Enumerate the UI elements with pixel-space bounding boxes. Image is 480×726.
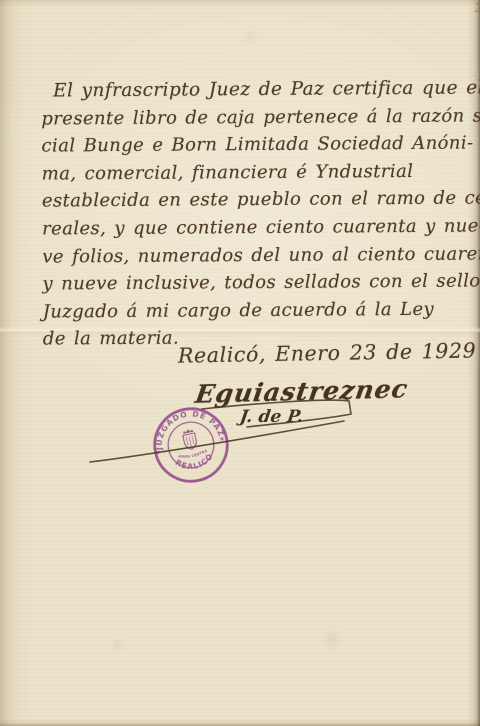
handwritten-line: y nueve inclusive, todos sellados con el… xyxy=(42,268,478,299)
juzgado-stamp-icon: JUZGADO DE PAZ REALICÓ * * PAMPA CENTRAL xyxy=(142,397,241,493)
certification-text-block: El ynfrascripto Juez de Paz certifica qu… xyxy=(41,74,479,353)
signature-title: J. de P. xyxy=(239,407,305,427)
handwritten-line: ma, comercial, financiera é Yndustrial xyxy=(42,157,478,188)
judge-signature: Eguiastreznec xyxy=(193,374,410,409)
handwritten-line: presente libro de caja pertenece á la ra… xyxy=(41,102,477,133)
handwritten-line: El ynfrascripto Juez de Paz certifica qu… xyxy=(41,74,477,105)
stamp-shield-hatching xyxy=(186,436,194,448)
handwritten-line: establecida en este pueblo con el ramo d… xyxy=(42,185,478,216)
handwritten-line: ve folios, numerados del uno al ciento c… xyxy=(42,240,478,271)
dateline: Realicó, Enero 23 de 1929 xyxy=(178,338,477,367)
handwritten-line: reales, y que contiene ciento cuarenta y… xyxy=(42,212,478,243)
handwritten-line: cial Bunge e Born Limitada Sociedad Anón… xyxy=(41,130,477,161)
page-number-mark: 2 xyxy=(475,1,480,16)
scanned-document-page: 2 El ynfrascripto Juez de Paz certifica … xyxy=(0,0,480,726)
stamp-svg: JUZGADO DE PAZ REALICÓ * * PAMPA CENTRAL xyxy=(142,397,241,493)
handwritten-line: Juzgado á mi cargo de acuerdo á la Ley xyxy=(43,295,479,326)
stamp-star-left: * xyxy=(156,449,163,459)
